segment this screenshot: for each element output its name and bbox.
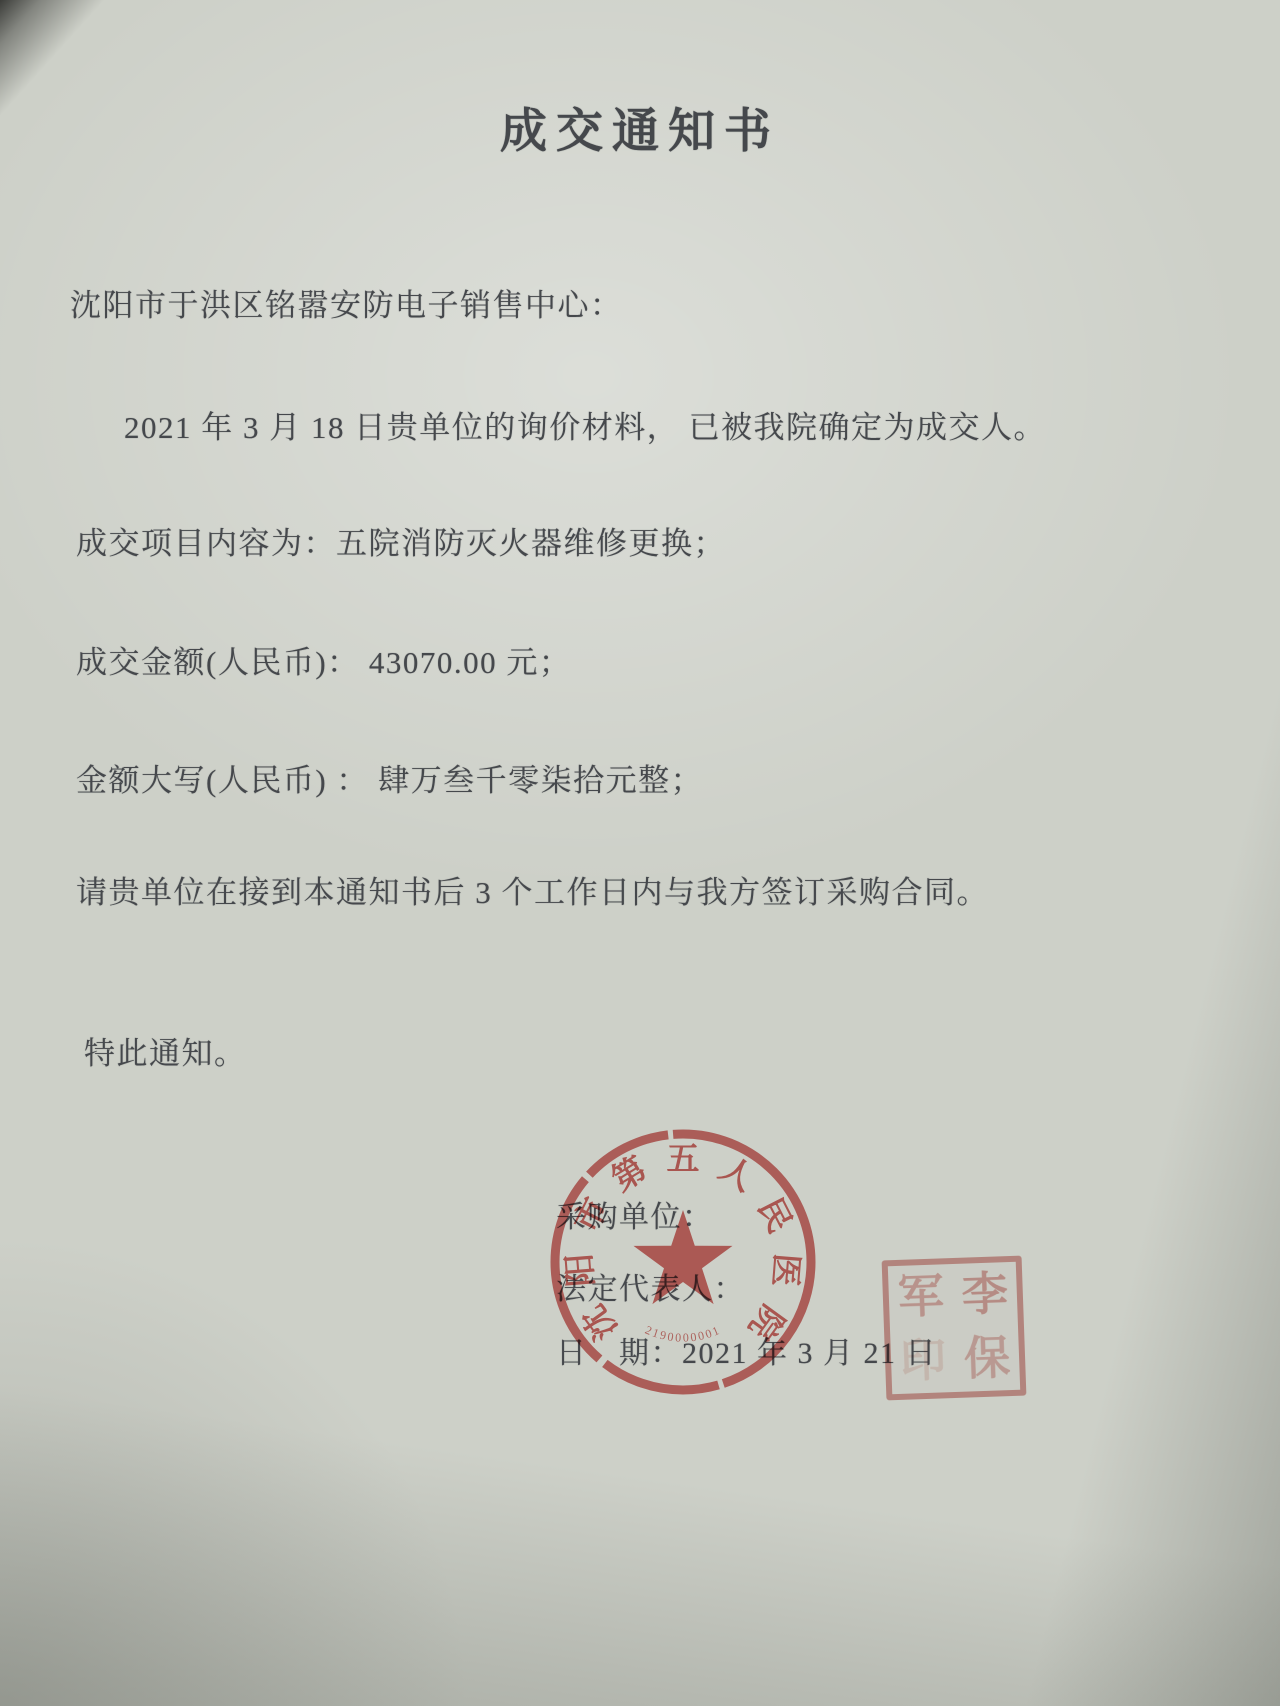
name-seal-char: 保 bbox=[954, 1326, 1020, 1392]
document-photo: 成交通知书 沈阳市于洪区铭嚣安防电子销售中心： 2021 年 3 月 18 日贵… bbox=[0, 0, 1280, 1706]
paragraph-contract: 请贵单位在接到本通知书后 3 个工作日内与我方签订采购合同。 bbox=[76, 867, 989, 912]
hospital-seal-graphic: 沈阳市第五人民医院 2190000001 bbox=[533, 1112, 833, 1412]
seal-serial-number: 2190000001 bbox=[643, 1323, 723, 1345]
paragraph-award: 2021 年 3 月 18 日贵单位的询价材料， 已被我院确定为成交人。 bbox=[76, 402, 1046, 447]
svg-text:医: 医 bbox=[765, 1252, 803, 1288]
name-seal-stamp: 军 李 印 保 bbox=[882, 1256, 1027, 1401]
paragraph-project: 成交项目内容为：五院消防灭火器维修更换； bbox=[76, 518, 726, 563]
svg-text:阳: 阳 bbox=[561, 1252, 600, 1288]
hospital-round-seal-stamp: 沈阳市第五人民医院 2190000001 bbox=[533, 1112, 833, 1412]
name-seal-char: 印 bbox=[890, 1328, 956, 1394]
name-seal-char: 李 bbox=[952, 1262, 1018, 1328]
svg-text:五: 五 bbox=[667, 1142, 700, 1178]
paragraph-amount-words: 金额大写(人民币) ： 肆万叁千零柒拾元整； bbox=[76, 755, 703, 800]
recipient-line: 沈阳市于洪区铭嚣安防电子销售中心： bbox=[70, 280, 623, 325]
paragraph-notice: 特此通知。 bbox=[84, 1028, 247, 1073]
paragraph-amount: 成交金额(人民币)： 43070.00 元； bbox=[76, 637, 571, 682]
star-icon bbox=[634, 1210, 733, 1304]
document-title: 成交通知书 bbox=[0, 94, 1280, 161]
name-seal-char: 军 bbox=[888, 1264, 954, 1330]
